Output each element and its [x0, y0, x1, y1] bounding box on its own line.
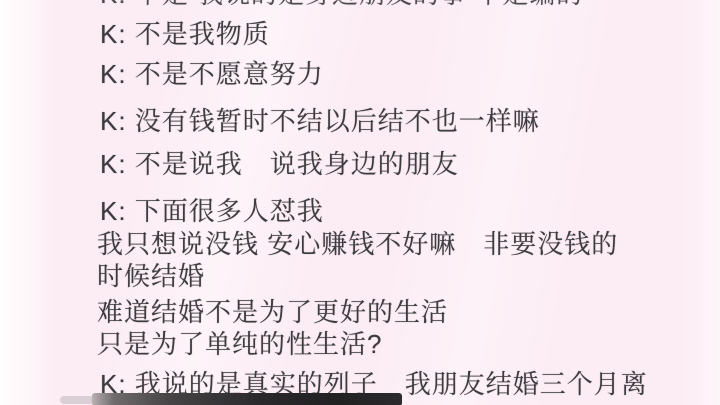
transcript-line-continuation: 只是为了单纯的性生活? [97, 331, 382, 358]
transcript-line-clipped: K: 不是 我说的是身边朋友的事 不是编的 [100, 0, 583, 8]
transcript-line: K: 下面很多人怼我 [100, 198, 324, 225]
transcript-line: K: 不是我物质 [100, 21, 270, 48]
video-frame: K: 不是 我说的是身边朋友的事 不是编的 K: 不是我物质 K: 不是不愿意努… [0, 0, 720, 405]
transcript-line-continuation: 我只想说没钱 安心赚钱不好嘛 非要没钱的 [97, 231, 618, 258]
transcript-line: K: 不是不愿意努力 [100, 61, 324, 88]
transcript-line-continuation: 时候结婚 [97, 263, 205, 290]
transcript-line: K: 没有钱暂时不结以后结不也一样嘛 [100, 108, 540, 135]
bottom-dark-bar [92, 393, 402, 405]
transcript-line: K: 不是说我 说我身边的朋友 [100, 151, 459, 178]
progress-bar-tail [60, 396, 94, 404]
transcript-line-continuation: 难道结婚不是为了更好的生活 [97, 299, 448, 326]
